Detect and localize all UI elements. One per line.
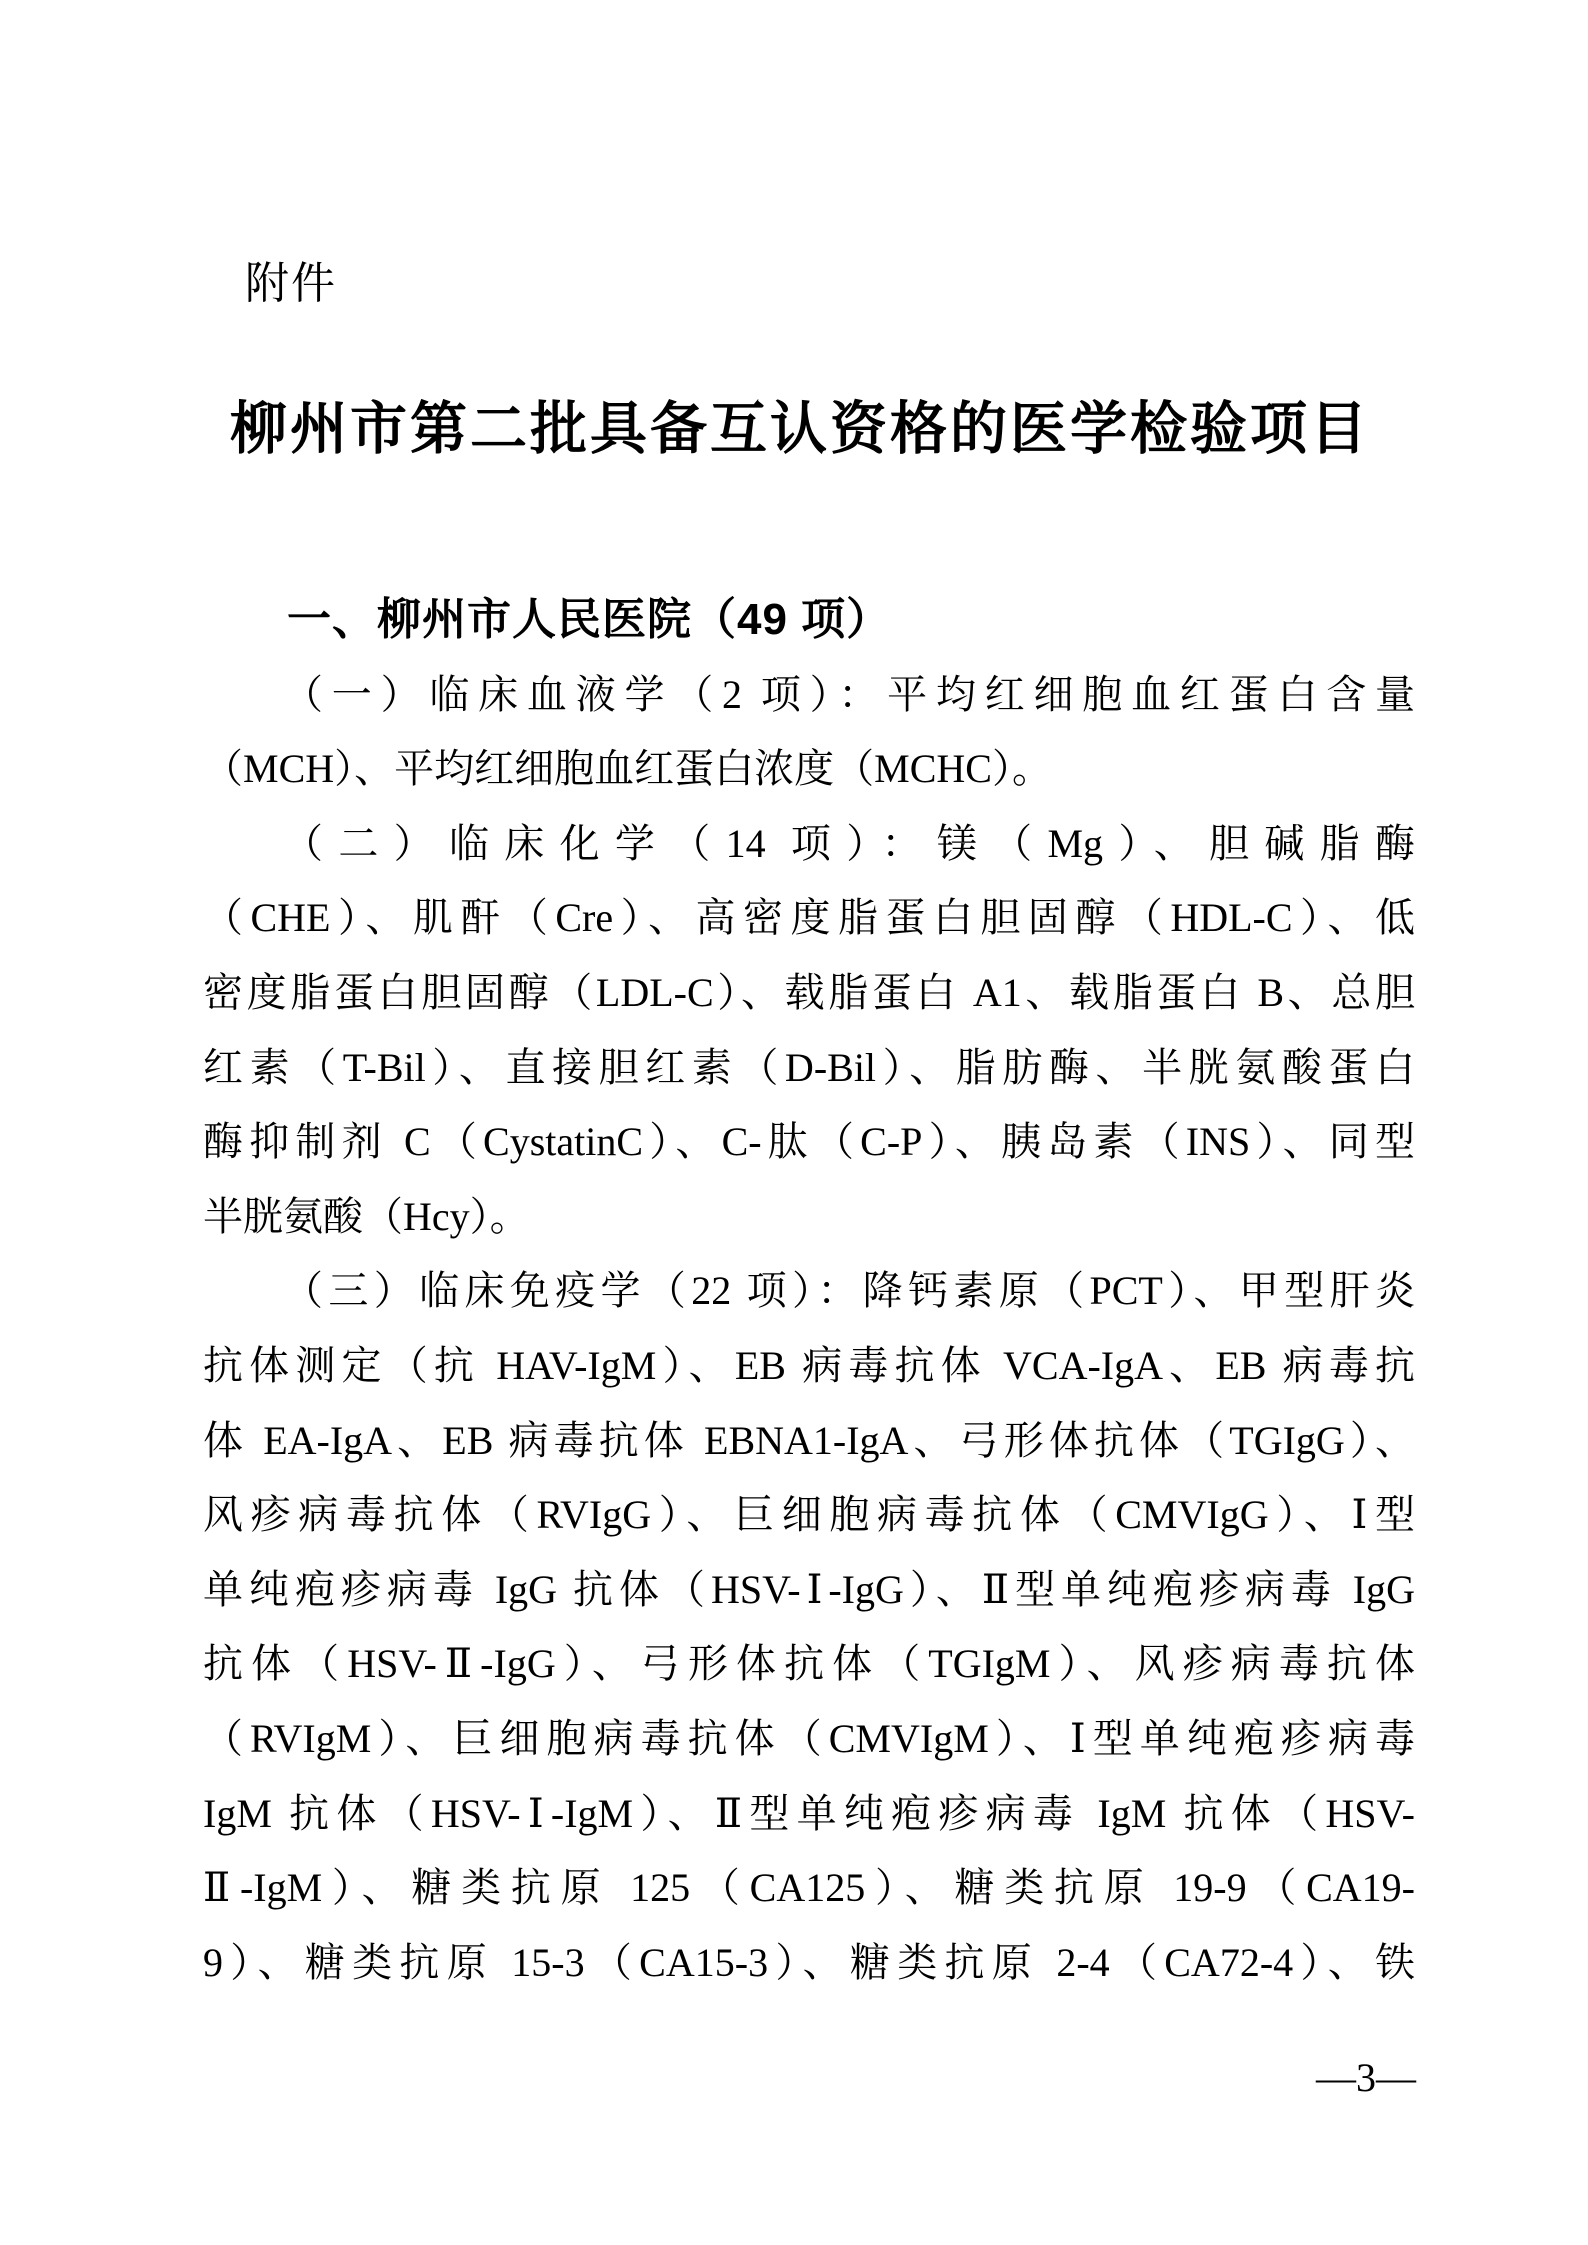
body-line: （RVIgM）、巨细胞病毒抗体（CMVIgM）、Ⅰ型单纯疱疹病毒 <box>203 1702 1415 1777</box>
body-line: 风疹病毒抗体（RVIgG）、巨细胞病毒抗体（CMVIgG）、Ⅰ型 <box>203 1478 1415 1553</box>
body-line: 红素（T-Bil）、直接胆红素（D-Bil）、脂肪酶、半胱氨酸蛋白 <box>203 1031 1415 1106</box>
body-line: 抗体（HSV-Ⅱ-IgG）、弓形体抗体（TGIgM）、风疹病毒抗体 <box>203 1627 1415 1702</box>
body-line: （一）临床血液学（2 项）：平均红细胞血红蛋白含量 <box>203 658 1415 733</box>
page-number: —3— <box>1316 2054 1416 2102</box>
document-page: 附件 柳州市第二批具备互认资格的医学检验项目 一、柳州市人民医院（49 项）（一… <box>0 0 1588 2245</box>
body-line: IgM 抗体（HSV-Ⅰ-IgM）、Ⅱ型单纯疱疹病毒 IgM 抗体（HSV- <box>203 1777 1415 1852</box>
body-line: 酶抑制剂 C（CystatinC）、C-肽（C-P）、胰岛素（INS）、同型 <box>203 1105 1415 1180</box>
attachment-label: 附件 <box>245 258 337 311</box>
body-line: 单纯疱疹病毒 IgG 抗体（HSV-Ⅰ-IgG）、Ⅱ型单纯疱疹病毒 IgG <box>203 1553 1415 1628</box>
body-line: 9）、糖类抗原 15-3（CA15-3）、糖类抗原 2-4（CA72-4）、铁 <box>203 1926 1415 2001</box>
body-line: 体 EA-IgA、EB 病毒抗体 EBNA1-IgA、弓形体抗体（TGIgG）、 <box>203 1404 1415 1479</box>
body-line: （MCH）、平均红细胞血红蛋白浓度（MCHC）。 <box>203 732 1415 807</box>
body-line: （CHE）、肌酐（Cre）、高密度脂蛋白胆固醇（HDL-C）、低 <box>203 881 1415 956</box>
document-body: 一、柳州市人民医院（49 项）（一）临床血液学（2 项）：平均红细胞血红蛋白含量… <box>203 583 1415 2000</box>
section-heading: 一、柳州市人民医院（49 项） <box>203 583 1415 658</box>
body-line: 密度脂蛋白胆固醇（LDL-C）、载脂蛋白 A1、载脂蛋白 B、总胆 <box>203 956 1415 1031</box>
body-line: （三）临床免疫学（22 项）：降钙素原（PCT）、甲型肝炎 <box>203 1254 1415 1329</box>
body-line: Ⅱ-IgM）、糖类抗原 125（CA125）、糖类抗原 19-9（CA19- <box>203 1851 1415 1926</box>
page-title: 柳州市第二批具备互认资格的医学检验项目 <box>188 394 1412 465</box>
body-line: 半胱氨酸（Hcy）。 <box>203 1180 1415 1255</box>
body-line: 抗体测定（抗 HAV-IgM）、EB 病毒抗体 VCA-IgA、EB 病毒抗 <box>203 1329 1415 1404</box>
body-line: （二）临床化学（14 项）：镁（Mg）、胆碱脂酶 <box>203 807 1415 882</box>
